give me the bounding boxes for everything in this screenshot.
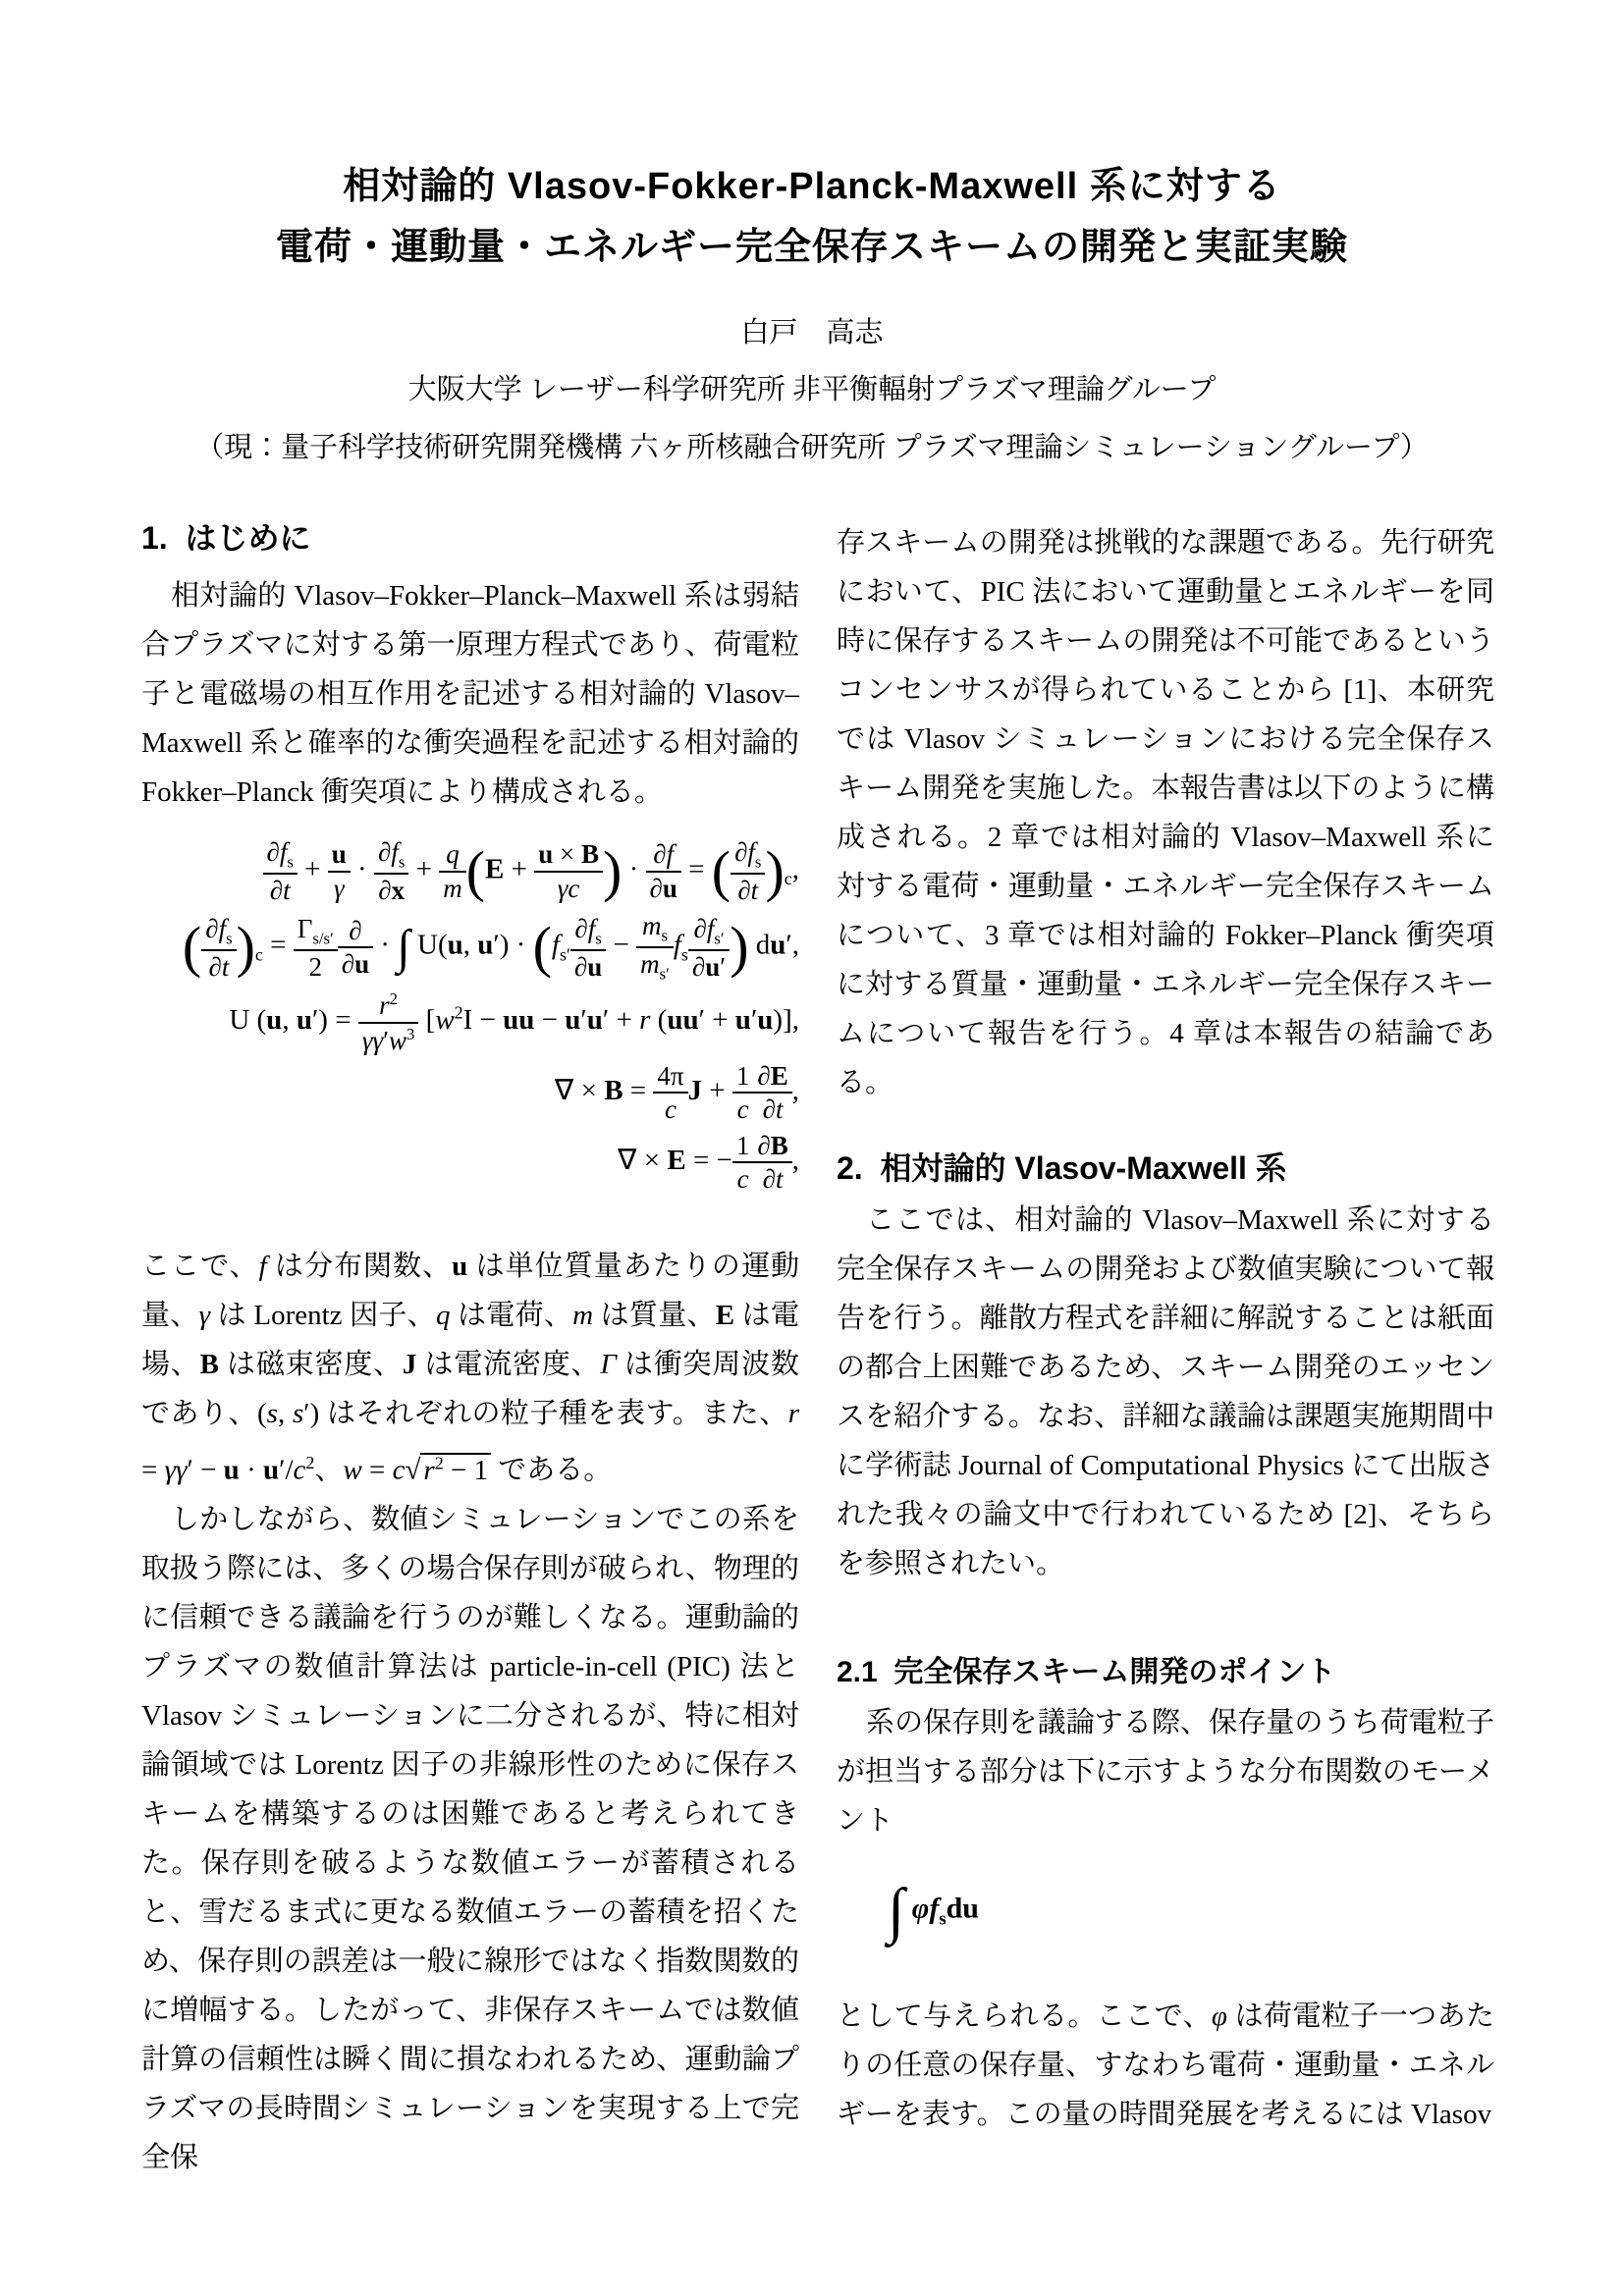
equation-block: ∂fs∂t + uγ · ∂fs∂x + qm(E + u × Bγc) · ∂… <box>141 838 799 1193</box>
paper-title-line2: 電荷・運動量・エネルギー完全保存スキームの開発と実証実験 <box>0 216 1624 270</box>
paragraph-moment-explanation: として与えられる。ここで、φ は荷電粒子一つあたりの任意の保存量、すなわち電荷・… <box>837 1992 1494 2139</box>
affiliation-line: 大阪大学 レーザー科学研究所 非平衡輻射プラズマ理論グループ <box>0 367 1624 407</box>
equation-ampere-law: ∇ × B = 4πcJ + 1c∂E∂t, <box>141 1062 799 1124</box>
right-column: 存スキームの開発は挑戦的な課題である。先行研究において、PIC 法において運動量… <box>837 518 1494 2139</box>
paragraph-motivation: しかしながら、数値シミュレーションでこの系を取扱う際には、多くの場合保存則が破ら… <box>141 1495 799 2182</box>
equation-vlasov-fokker-planck: ∂fs∂t + uγ · ∂fs∂x + qm(E + u × Bγc) · ∂… <box>141 838 799 904</box>
paragraph-conservation-point: 系の保存則を議論する際、保存量のうち荷電粒子が担当する部分は下に示すような分布関… <box>837 1698 1494 1845</box>
paragraph-motivation-continued: 存スキームの開発は挑戦的な課題である。先行研究において、PIC 法において運動量… <box>837 518 1494 1107</box>
left-column: 1. はじめに 相対論的 Vlasov–Fokker–Planck–Maxwel… <box>141 518 799 2182</box>
section-1-heading: 1. はじめに <box>141 518 799 558</box>
affiliation-current-line: （現：量子科学技術研究開発機構 六ヶ所核融合研究所 プラズマ理論シミュレーション… <box>0 425 1624 465</box>
paper-title-line1: 相対論的 Vlasov-Fokker-Planck-Maxwell 系に対する <box>0 155 1624 209</box>
section-2-1-heading: 2.1 完全保存スキーム開発のポイント <box>837 1653 1494 1692</box>
paragraph-notation: ここで、f は分布関数、u は単位質量あたりの運動量、γ は Lorentz 因… <box>141 1242 799 1495</box>
equation-collision-term: (∂fs∂t)c = Γs/s′2∂∂u · ∫ U(u, u′) · (fs′… <box>141 912 799 983</box>
paper-page: 相対論的 Vlasov-Fokker-Planck-Maxwell 系に対する … <box>0 0 1624 2296</box>
paragraph-section2-intro: ここでは、相対論的 Vlasov–Maxwell 系に対する完全保存スキームの開… <box>837 1196 1494 1588</box>
equation-moment-integral: ∫ φfsdu <box>837 1885 1494 1938</box>
paragraph-intro: 相対論的 Vlasov–Fokker–Planck–Maxwell 系は弱結合プ… <box>141 571 799 817</box>
author-name: 白戸 高志 <box>0 310 1624 350</box>
section-2-heading: 2. 相対論的 Vlasov-Maxwell 系 <box>837 1148 1494 1188</box>
equation-collision-kernel: U (u, u′) = r2γγ′w3 [w2I − uu − u′u′ + r… <box>141 990 799 1054</box>
equation-faraday-law: ∇ × E = −1c∂B∂t, <box>141 1132 799 1194</box>
